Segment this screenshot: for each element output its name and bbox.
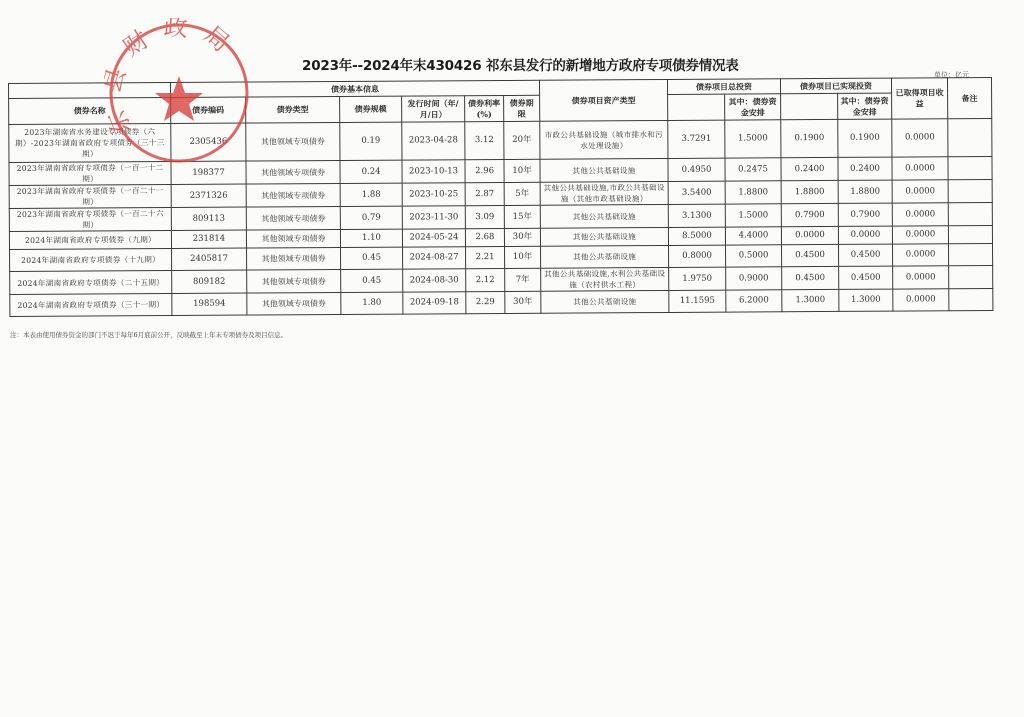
cell-code: 2305436 — [171, 123, 246, 161]
cell-asset-type: 市政公共基础设施（城市排水和污水处理设施） — [540, 120, 668, 159]
header-income: 已取得项目收益 — [891, 78, 947, 119]
cell-term: 20年 — [504, 121, 540, 159]
cell-code: 2405817 — [172, 248, 247, 270]
cell-asset-type: 其他公共基础设施,水利公共基础设施（农村供水工程） — [541, 267, 669, 291]
cell-rate: 2.96 — [465, 159, 504, 182]
cell-realized-invest: 1.3000 — [782, 289, 839, 311]
cell-realized-invest: 0.4500 — [782, 244, 839, 266]
header-total-investment: 债券项目总投资 — [667, 79, 780, 95]
cell-realized-bond-funds: 0.1900 — [838, 119, 892, 157]
cell-realized-invest: 0.0000 — [781, 226, 838, 244]
cell-realized-invest: 1.8800 — [781, 180, 838, 203]
cell-scale: 0.45 — [341, 247, 403, 269]
cell-name: 2023年湖南省政府专项债券（一百一十二期） — [9, 162, 171, 186]
cell-realized-bond-funds: 1.8800 — [838, 180, 892, 203]
cell-term: 30年 — [505, 291, 541, 313]
cell-total-invest: 1.9750 — [669, 267, 726, 290]
cell-code: 231814 — [171, 230, 246, 248]
cell-scale: 1.88 — [340, 183, 402, 206]
document-page: 2023年--2024年末430426 祁东县发行的新增地方政府专项债券情况表 … — [0, 0, 1024, 717]
header-total-invest — [668, 94, 725, 120]
cell-total-bond-funds: 4.4000 — [725, 227, 781, 245]
cell-scale: 0.79 — [340, 206, 402, 229]
cell-type: 其他领域专项债券 — [247, 269, 341, 293]
cell-scale: 0.24 — [340, 160, 402, 183]
cell-scale: 1.80 — [341, 292, 403, 314]
cell-code: 809182 — [172, 270, 247, 293]
cell-issue-date: 2023-04-28 — [402, 122, 465, 160]
cell-income: 0.0000 — [892, 180, 948, 203]
cell-issue-date: 2023-11-30 — [402, 206, 465, 229]
cell-total-invest: 3.5400 — [668, 181, 725, 204]
cell-realized-bond-funds: 1.3000 — [839, 289, 893, 311]
cell-rate: 2.68 — [465, 228, 504, 246]
cell-issue-date: 2024-09-18 — [403, 292, 466, 314]
cell-asset-type: 其他公共基础设施,市政公共基础设施（其他市政基础设施） — [540, 181, 668, 205]
cell-total-bond-funds: 1.5000 — [725, 204, 781, 227]
cell-remark — [948, 202, 992, 225]
cell-remark — [949, 265, 993, 288]
cell-scale: 0.19 — [340, 122, 402, 160]
cell-asset-type: 其他公共基础设施 — [541, 245, 669, 268]
bond-table-body: 2023年湖南省水务建设专项债券（六期）-2023年湖南省政府专项债券（三十三期… — [9, 118, 993, 316]
cell-asset-type: 其他公共基础设施 — [541, 290, 669, 313]
cell-term: 7年 — [505, 268, 541, 291]
table-row: 2023年湖南省水务建设专项债券（六期）-2023年湖南省政府专项债券（三十三期… — [9, 118, 992, 162]
cell-type: 其他领域专项债券 — [246, 229, 340, 248]
cell-name: 2024年湖南省政府专项债券（九期） — [9, 231, 171, 250]
cell-type: 其他领域专项债券 — [247, 292, 341, 315]
cell-issue-date: 2023-10-13 — [402, 160, 465, 183]
cell-total-bond-funds: 0.9000 — [726, 267, 782, 290]
cell-term: 5年 — [504, 182, 540, 205]
cell-remark — [948, 118, 992, 156]
cell-scale: 1.10 — [340, 229, 402, 247]
cell-rate: 3.12 — [465, 121, 504, 159]
cell-issue-date: 2023-10-25 — [402, 183, 465, 206]
cell-rate: 3.09 — [465, 205, 504, 228]
cell-income: 0.0000 — [892, 203, 948, 226]
document-title: 2023年--2024年末430426 祁东县发行的新增地方政府专项债券情况表 — [302, 54, 739, 74]
cell-income: 0.0000 — [893, 289, 949, 311]
cell-type: 其他领域专项债券 — [247, 247, 341, 270]
cell-code: 809113 — [171, 207, 246, 230]
header-total-bond-funds: 其中：债券资金安排 — [725, 94, 781, 120]
header-realized-invest — [781, 93, 838, 119]
cell-income: 0.0000 — [892, 119, 948, 157]
bond-table: 债券基本信息 债券项目资产类型 债券项目总投资 债券项目已实现投资 已取得项目收… — [8, 77, 993, 317]
cell-type: 其他领域专项债券 — [246, 122, 340, 161]
cell-asset-type: 其他公共基础设施 — [540, 227, 668, 246]
cell-issue-date: 2024-05-24 — [402, 229, 465, 247]
cell-type: 其他领域专项债券 — [246, 160, 340, 184]
cell-rate: 2.21 — [466, 246, 505, 268]
cell-total-invest: 11.1595 — [669, 290, 726, 312]
header-scale: 债券规模 — [340, 96, 402, 122]
cell-rate: 2.87 — [465, 182, 504, 205]
table-row: 2024年湖南省政府专项债券（三十一期）198594其他领域专项债券1.8020… — [10, 288, 993, 316]
cell-remark — [948, 156, 992, 179]
cell-name: 2024年湖南省政府专项债券（十九期） — [10, 249, 172, 272]
cell-total-invest: 0.4950 — [668, 158, 725, 181]
cell-rate: 2.29 — [466, 291, 505, 313]
header-blank — [9, 83, 171, 99]
cell-type: 其他领域专项债券 — [246, 183, 340, 207]
cell-income: 0.0000 — [892, 226, 948, 244]
cell-total-bond-funds: 1.5000 — [725, 120, 781, 158]
cell-realized-bond-funds: 0.7900 — [838, 203, 892, 226]
header-rate: 债券利率(%) — [465, 95, 504, 121]
cell-income: 0.0000 — [893, 244, 949, 266]
cell-name: 2024年湖南省政府专项债券（三十一期） — [10, 294, 172, 317]
cell-realized-bond-funds: 0.4500 — [839, 266, 893, 289]
header-term: 债券期限 — [504, 95, 540, 121]
cell-name: 2023年湖南省政府专项债券（一百二十一期） — [9, 185, 171, 209]
header-realized-investment: 债券项目已实现投资 — [780, 78, 891, 94]
cell-realized-invest: 0.1900 — [781, 119, 838, 157]
cell-remark — [948, 179, 992, 202]
header-remark: 备注 — [947, 77, 991, 118]
cell-code: 2371326 — [171, 184, 246, 207]
cell-income: 0.0000 — [892, 157, 948, 180]
cell-term: 10年 — [505, 246, 541, 268]
header-type: 债券类型 — [246, 96, 340, 123]
cell-code: 198377 — [171, 161, 246, 184]
cell-term: 30年 — [504, 228, 540, 246]
cell-term: 10年 — [504, 159, 540, 182]
cell-scale: 0.45 — [341, 269, 403, 292]
cell-total-bond-funds: 0.5000 — [726, 245, 782, 267]
cell-rate: 2.12 — [466, 268, 505, 291]
cell-type: 其他领域专项债券 — [246, 206, 340, 230]
cell-total-invest: 3.1300 — [668, 204, 725, 227]
cell-total-invest: 0.8000 — [669, 245, 726, 267]
header-code: 债券编码 — [171, 97, 246, 123]
cell-realized-invest: 0.4500 — [782, 266, 839, 289]
cell-name: 2024年湖南省政府专项债券（二十五期） — [10, 271, 172, 295]
header-realized-bond-funds: 其中：债券资金安排 — [838, 93, 892, 119]
cell-issue-date: 2024-08-30 — [403, 269, 466, 292]
cell-remark — [948, 243, 992, 265]
cell-realized-invest: 0.7900 — [781, 203, 838, 226]
cell-total-invest: 3.7291 — [668, 120, 725, 158]
cell-realized-bond-funds: 0.2400 — [838, 157, 892, 180]
cell-total-bond-funds: 1.8800 — [725, 181, 781, 204]
cell-issue-date: 2024-08-27 — [403, 247, 466, 269]
cell-code: 198594 — [172, 293, 247, 315]
cell-asset-type: 其他公共基础设施 — [540, 158, 668, 182]
header-asset-type: 债券项目资产类型 — [539, 79, 667, 121]
cell-name: 2023年湖南省政府专项债券（一百二十六期） — [9, 208, 171, 232]
cell-total-invest: 8.5000 — [668, 227, 725, 245]
footnote: 注：本表由使用债券资金的部门不迟于每年6月底前公开，反映截至上年末专项债券及项目… — [10, 330, 287, 339]
cell-realized-invest: 0.2400 — [781, 157, 838, 180]
header-name: 债券名称 — [9, 98, 171, 125]
cell-total-bond-funds: 0.2475 — [725, 158, 781, 181]
cell-term: 15年 — [504, 205, 540, 228]
cell-name: 2023年湖南省水务建设专项债券（六期）-2023年湖南省政府专项债券（三十三期… — [9, 124, 171, 163]
cell-realized-bond-funds: 0.4500 — [839, 244, 893, 266]
cell-total-bond-funds: 6.2000 — [726, 290, 782, 312]
cell-remark — [949, 288, 993, 310]
cell-asset-type: 其他公共基础设施 — [540, 204, 668, 228]
cell-realized-bond-funds: 0.0000 — [838, 226, 892, 244]
cell-income: 0.0000 — [893, 266, 949, 289]
header-issue-date: 发行时间（年/月/日） — [402, 96, 465, 122]
cell-remark — [948, 225, 992, 243]
